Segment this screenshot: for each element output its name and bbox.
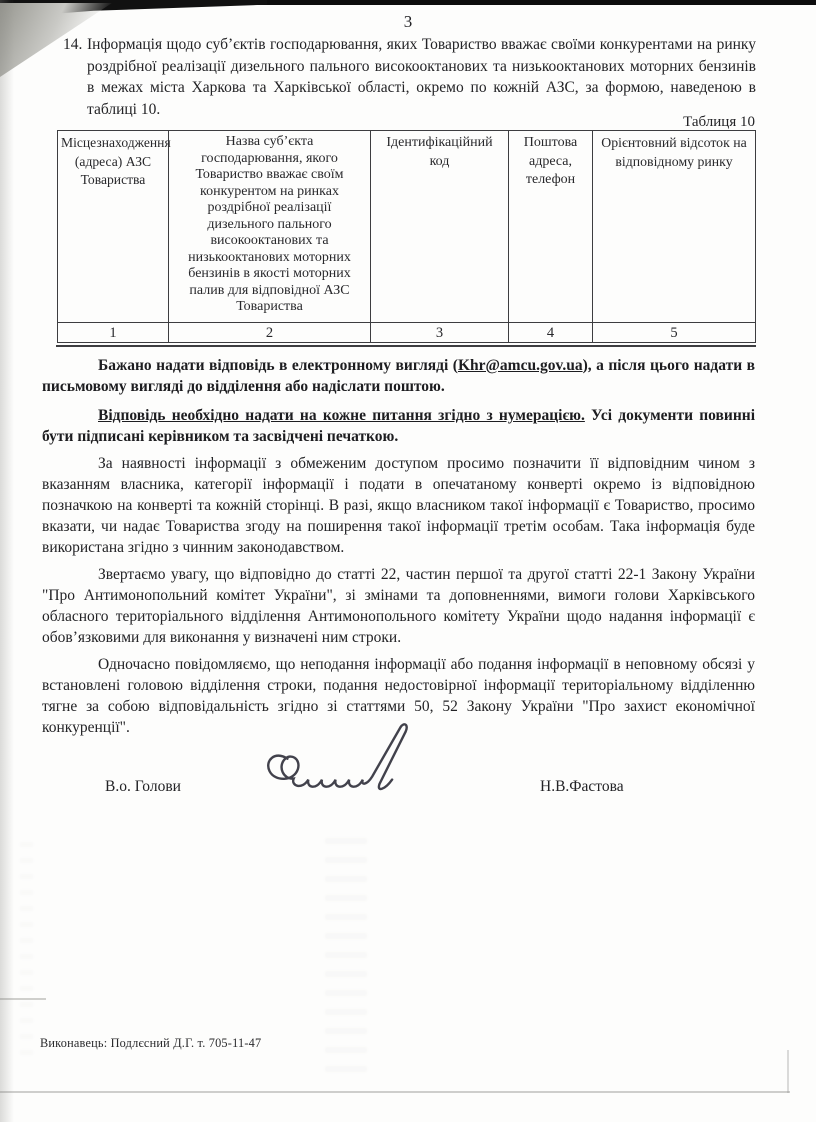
table-bottom-rule [56,345,756,347]
column-number-cell: 2 [169,323,371,343]
table-header-row: Місцезнаходження (адреса) АЗС Товариства… [58,131,756,323]
item-14-paragraph: 14. Інформація щодо суб’єктів господарюв… [63,34,756,120]
paragraph-restricted-information: За наявності інформації з обмеженим дост… [42,453,755,558]
scan-artifact-page-edge [0,1091,790,1093]
scanned-document-page: 3 14. Інформація щодо суб’єктів господар… [0,0,816,1122]
table-header-cell: Поштова адреса, телефон [509,131,593,323]
column-number-cell: 3 [371,323,509,343]
scan-artifact-page-edge [787,1050,789,1093]
paragraph-text: Бажано надати відповідь в електронному в… [98,357,458,374]
underlined-requirement-text: Відповідь необхідно надати на кожне пита… [98,407,585,424]
item-14-marker: 14. [63,34,87,120]
table-header-cell: Ідентифікаційний код [371,131,509,323]
signer-name: Н.В.Фастова [540,778,624,796]
column-number-cell: 1 [58,323,169,343]
paragraph-answer-requirements: Відповідь необхідно надати на кожне пита… [42,405,755,447]
scan-artifact-left-edge [0,0,14,1122]
email-text: Khr@amcu.gov.ua [458,357,583,374]
competitors-table: Місцезнаходження (адреса) АЗС Товариства… [57,130,756,343]
signature-block: В.о. Голови Н.В.Фастова [0,740,816,836]
table-header-cell: Орієнтовний відсоток на відповідному рин… [593,131,756,323]
handwritten-signature [256,714,434,818]
paragraph-response-format: Бажано надати відповідь в електронному в… [42,355,755,397]
column-number-cell: 5 [593,323,756,343]
signer-role: В.о. Голови [105,778,181,796]
item-14-text: Інформація щодо суб’єктів господарювання… [87,34,756,120]
column-number-cell: 4 [509,323,593,343]
table-header-cell: Назва суб’єкта господарювання, якого Тов… [169,131,371,323]
scan-artifact-bleedthrough [325,838,367,1080]
table-header-cell: Місцезнаходження (адреса) АЗС Товариства [58,131,169,323]
table-column-numbers-row: 1 2 3 4 5 [58,323,756,343]
executor-note: Виконавець: Подлєсний Д.Г. т. 705-11-47 [40,1036,261,1051]
scan-artifact-bleedthrough [20,842,33,1057]
paragraph-legal-obligation: Звертаємо увагу, що відповідно до статті… [42,564,755,648]
